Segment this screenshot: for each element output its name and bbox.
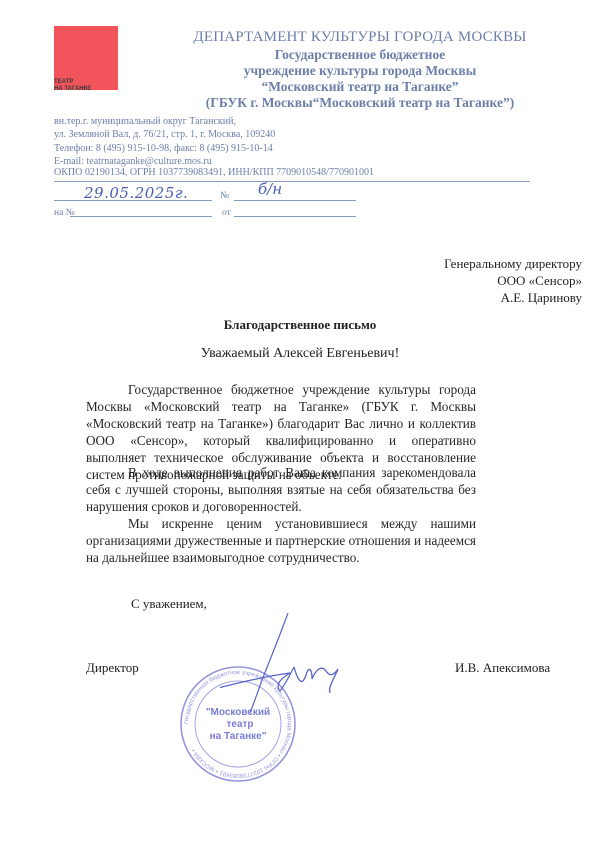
logo-line-2: НА ТАГАНКЕ <box>54 86 91 93</box>
logo-text: ТЕАТР НА ТАГАНКЕ <box>54 79 91 92</box>
addressee-position: Генеральному директору <box>444 255 582 273</box>
contact-registry-codes: ОКПО 02190134, ОГРН 1037739083491, ИНН/К… <box>54 166 374 179</box>
letter-paragraph-3: Мы искренне ценим установившиеся между н… <box>86 515 476 566</box>
letter-greeting: Уважаемый Алексей Евгеньевич! <box>0 346 600 362</box>
svg-text:театр: театр <box>226 719 253 730</box>
handwritten-number: б/н <box>258 180 282 198</box>
svg-text:на Таганке": на Таганке" <box>210 731 267 742</box>
reference-date-label: от <box>222 208 231 218</box>
reference-field-line <box>70 216 212 217</box>
org-name-line-1: Государственное бюджетное <box>150 46 570 63</box>
addressee-name: А.Е. Царинову <box>501 289 582 307</box>
contact-address: ул. Земляной Вал, д. 76/21, стр. 1, г. М… <box>54 128 275 141</box>
contact-district: вн.тер.г. муниципальный округ Таганский, <box>54 115 236 128</box>
letter-paragraph-2: В ходе выполнения работ Ваша компания за… <box>86 464 476 515</box>
signer-name: И.В. Апексимова <box>455 660 550 676</box>
org-name-line-4: (ГБУК г. Москвы“Московский театр на Тага… <box>150 94 570 111</box>
org-name-line-3: “Московский театр на Таганке” <box>150 78 570 95</box>
department-title: ДЕПАРТАМЕНТ КУЛЬТУРЫ ГОРОДА МОСКВЫ <box>150 29 570 46</box>
date-field-line <box>54 200 212 201</box>
handwritten-signature-icon <box>220 605 370 715</box>
signer-position: Директор <box>86 660 139 676</box>
number-label: № <box>220 191 229 201</box>
contact-phone: Телефон: 8 (495) 915-10-98, факс: 8 (495… <box>54 142 273 155</box>
org-name-line-2: учреждение культуры города Москвы <box>150 62 570 79</box>
letter-closing: С уважением, <box>131 596 207 612</box>
letter-title: Благодарственное письмо <box>0 317 600 333</box>
addressee-company: ООО «Сенсор» <box>497 272 582 290</box>
number-field-line <box>234 200 356 201</box>
header-divider <box>54 181 530 182</box>
reference-date-line <box>234 216 356 217</box>
